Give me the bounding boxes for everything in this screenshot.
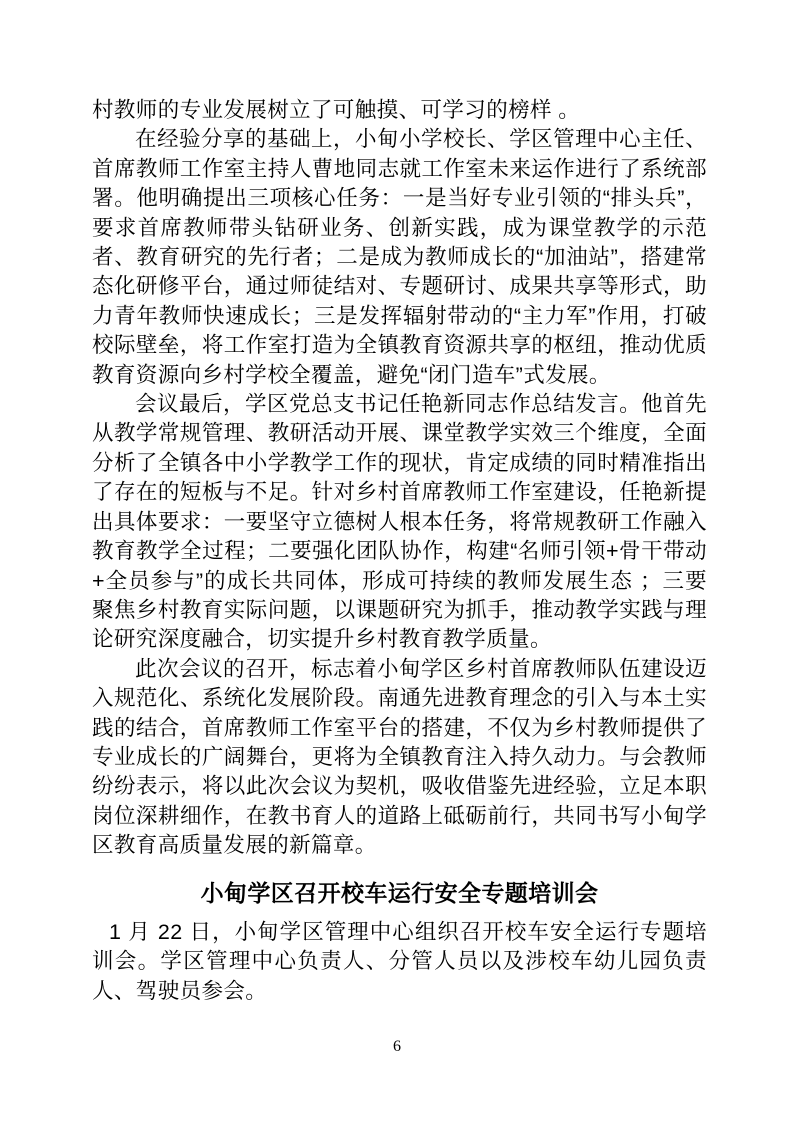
section-heading: 小甸学区召开校车运行安全专题培训会 (92, 879, 707, 908)
paragraph-continuation: 村教师的专业发展树立了可触摸、可学习的榜样 。 (92, 96, 707, 125)
document-page: 村教师的专业发展树立了可触摸、可学习的榜样 。 在经验分享的基础上，小甸小学校长… (0, 0, 794, 1122)
paragraph-summary-speech: 会议最后，学区党总支书记任艳新同志作总结发言。他首先从教学常规管理、教研活动开展… (92, 390, 707, 655)
paragraph-bus-safety-meeting: 1 月 22 日，小甸学区管理中心组织召开校车安全运行专题培训会。学区管理中心负… (92, 918, 707, 1006)
page-number: 6 (0, 1038, 794, 1056)
document-content: 村教师的专业发展树立了可触摸、可学习的榜样 。 在经验分享的基础上，小甸小学校长… (92, 96, 707, 1006)
paragraph-conclusion: 此次会议的召开，标志着小甸学区乡村首席教师队伍建设迈入规范化、系统化发展阶段。南… (92, 655, 707, 861)
paragraph-workstudio-plan: 在经验分享的基础上，小甸小学校长、学区管理中心主任、首席教师工作室主持人曹地同志… (92, 125, 707, 390)
